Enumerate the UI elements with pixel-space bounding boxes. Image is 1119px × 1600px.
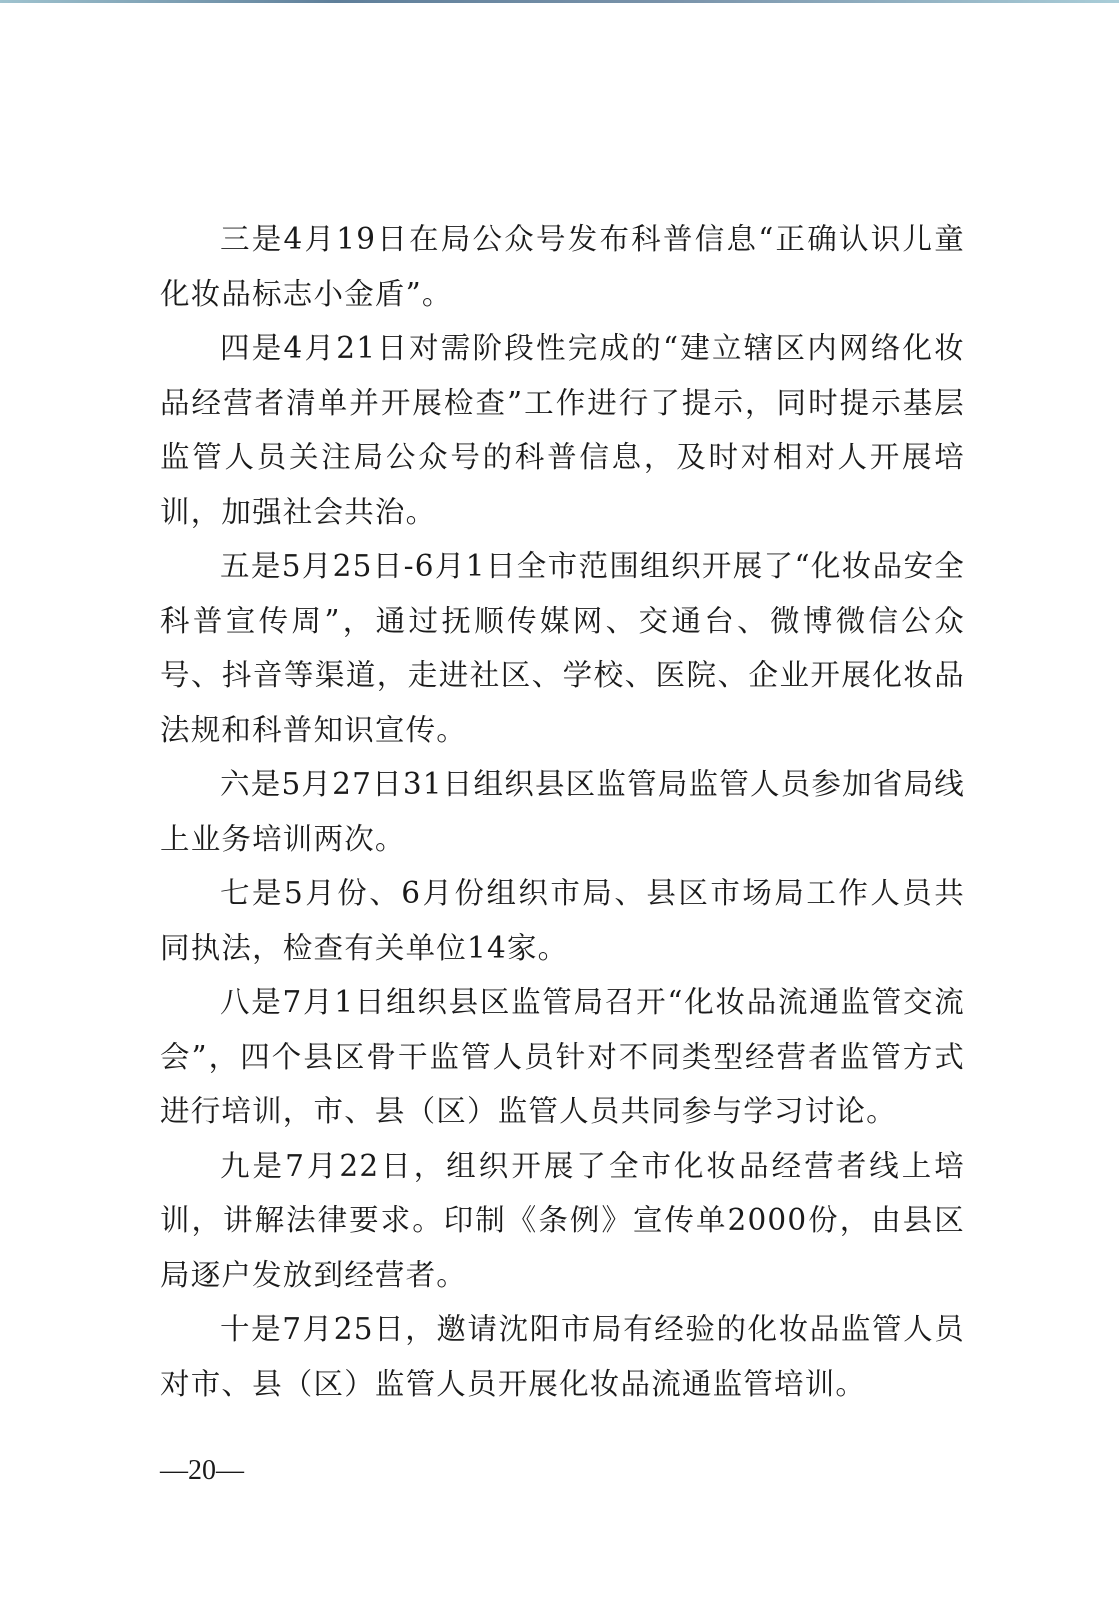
page-number: —20—: [160, 1455, 244, 1487]
paragraph-item-9: 九是7月22日，组织开展了全市化妆品经营者线上培训，讲解法律要求。印制《条例》宣…: [160, 1139, 965, 1303]
paragraph-item-10: 十是7月25日，邀请沈阳市局有经验的化妆品监管人员对市、县（区）监管人员开展化妆…: [160, 1302, 965, 1411]
paragraph-item-7: 七是5月份、6月份组织市局、县区市场局工作人员共同执法，检查有关单位14家。: [160, 866, 965, 975]
paragraph-item-6: 六是5月27日31日组织县区监管局监管人员参加省局线上业务培训两次。: [160, 757, 965, 866]
paragraph-item-8: 八是7月1日组织县区监管局召开“化妆品流通监管交流会”，四个县区骨干监管人员针对…: [160, 975, 965, 1139]
scan-top-edge: [0, 0, 1119, 3]
paragraph-item-4: 四是4月21日对需阶段性完成的“建立辖区内网络化妆品经营者清单并开展检查”工作进…: [160, 321, 965, 539]
paragraph-item-3: 三是4月19日在局公众号发布科普信息“正确认识儿童化妆品标志小金盾”。: [160, 212, 965, 321]
paragraph-item-5: 五是5月25日-6月1日全市范围组织开展了“化妆品安全科普宣传周”，通过抚顺传媒…: [160, 539, 965, 757]
document-body: 三是4月19日在局公众号发布科普信息“正确认识儿童化妆品标志小金盾”。 四是4月…: [160, 212, 965, 1411]
